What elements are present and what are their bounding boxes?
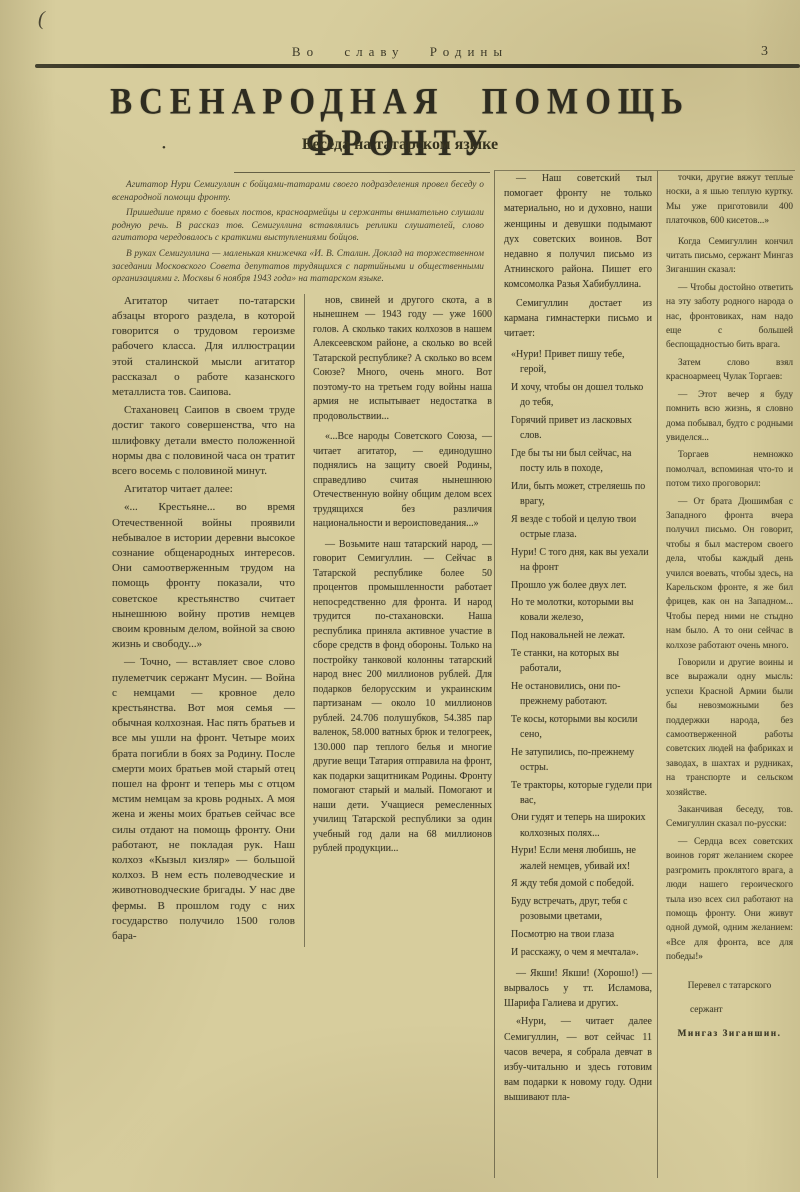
paragraph: Семигуллин достает из кармана гимнастерк… [504, 296, 652, 342]
column-2: нов, свиней и другого скота, а в нынешне… [304, 294, 494, 948]
paragraph: И хочу, чтобы он дошел только до тебя, [504, 380, 652, 410]
paragraph: — Якши! Якши! (Хорошо!) — вырвалось у тт… [504, 966, 652, 1012]
paragraph: нов, свиней и другого скота, а в нынешне… [313, 294, 492, 425]
intro-rule [234, 172, 490, 173]
columns-1-2: Агитатор читает по-татарски абзацы второ… [112, 294, 494, 948]
paragraph: Не затупились, по-прежнему остры. [504, 745, 652, 775]
paragraph: Агитатор читает далее: [112, 482, 295, 497]
paragraph: Я жду тебя домой с победой. [504, 876, 652, 891]
paragraph: Нури! Если меня любишь, не жалей немцев,… [504, 843, 652, 873]
paragraph: Перевел с татарского [666, 979, 793, 993]
paragraph: — Точно, — вставляет свое слово пулеметч… [112, 655, 295, 944]
paragraph: Когда Семигуллин кончил читать письмо, с… [666, 235, 793, 278]
paragraph: «Нури! Привет пишу тебе, герой, [504, 347, 652, 377]
column-4: точки, другие вяжут теплые носки, а я шь… [657, 170, 795, 1178]
intro-section: Агитатор Нури Семигуллин с бойцами-татар… [112, 179, 494, 286]
paragraph: Под наковальней не лежат. [504, 628, 652, 643]
paragraph: Горячий привет из ласковых слов. [504, 413, 652, 443]
paragraph: Те косы, которыми вы косили сено, [504, 712, 652, 742]
masthead-title: Во славу Родины [292, 44, 508, 59]
paragraph: Нури! С того дня, как вы уехали на фронт [504, 545, 652, 575]
paragraph: Те тракторы, которые гудели при вас, [504, 778, 652, 808]
paragraph: «Нури, — читает далее Семигуллин, — вот … [504, 1014, 652, 1105]
paragraph: «...Все народы Советского Союза, — читае… [313, 430, 492, 532]
paragraph: Мингаз Зиганшин. [666, 1027, 793, 1041]
paragraph: Посмотрю на твои глаза [504, 927, 652, 942]
paragraph: — Возьмите наш татарский народ, — говори… [313, 538, 492, 857]
paragraph: Агитатор читает по-татарски абзацы второ… [112, 294, 295, 400]
newspaper-page: ( Во славу Родины 3 ВСЕНАРОДНАЯ ПОМОЩЬ Ф… [0, 0, 800, 1192]
paragraph: — Чтобы достойно ответить на эту заботу … [666, 281, 793, 353]
paragraph: И расскажу, о чем я мечтала». [504, 945, 652, 960]
paragraph: Но те молотки, которыми вы ковали железо… [504, 595, 652, 625]
left-column-group: Агитатор Нури Семигуллин с бойцами-татар… [112, 170, 494, 1178]
page-number: 3 [761, 44, 768, 60]
column-1: Агитатор читает по-татарски абзацы второ… [112, 294, 304, 948]
paragraph: Или, быть может, стреляешь по врагу, [504, 479, 652, 509]
paragraph: — Этот вечер я буду помнить всю жизнь, я… [666, 388, 793, 446]
paragraph: Пришедшие прямо с боевых постов, красноа… [112, 207, 484, 245]
paragraph: сержант [666, 1003, 793, 1017]
paragraph: Прошло уж более двух лет. [504, 578, 652, 593]
paragraph: Агитатор Нури Семигуллин с бойцами-татар… [112, 179, 484, 204]
paragraph: — Сердца всех советских воинов горят жел… [666, 835, 793, 965]
paragraph: «... Крестьяне... во время Отечественной… [112, 500, 295, 652]
paragraph: точки, другие вяжут теплые носки, а я шь… [666, 171, 793, 229]
article-body: Агитатор Нури Семигуллин с бойцами-татар… [112, 170, 795, 1178]
corner-mark: ( [38, 8, 45, 31]
article-subtitle: Беседа на татарском языке [302, 136, 498, 153]
paragraph: Те станки, на которых вы работали, [504, 646, 652, 676]
paragraph: — Наш советский тыл помогает фронту не т… [504, 171, 652, 293]
paragraph: Где бы ты ни был сейчас, на посту иль в … [504, 446, 652, 476]
paragraph: Затем слово взял красноармеец Чулак Торг… [666, 356, 793, 385]
masthead: Во славу Родины [0, 44, 800, 60]
paragraph: Они гудят и теперь на широких колхозных … [504, 810, 652, 840]
paragraph: Стахановец Саипов в своем труде достиг т… [112, 403, 295, 479]
paragraph: Торгаев немножко помолчал, вспоминая что… [666, 448, 793, 491]
paragraph: Заканчивая беседу, тов. Семигуллин сказа… [666, 803, 793, 832]
paragraph: — От брата Дюшимбая с Западного фронта в… [666, 495, 793, 653]
header-rule [35, 64, 800, 68]
paragraph: Не остановились, они по-прежнему работаю… [504, 679, 652, 709]
paragraph: Буду встречать, друг, тебя с розовыми цв… [504, 894, 652, 924]
paragraph: Говорили и другие воины и все выражали о… [666, 656, 793, 800]
paragraph: В руках Семигуллина — маленькая книжечка… [112, 248, 484, 286]
paragraph: Я везде с тобой и целую твои острые глаз… [504, 512, 652, 542]
column-3: — Наш советский тыл помогает фронту не т… [494, 170, 657, 1178]
subtitle-bullet: • [162, 142, 166, 154]
subtitle-row: • Беседа на татарском языке [0, 136, 800, 154]
